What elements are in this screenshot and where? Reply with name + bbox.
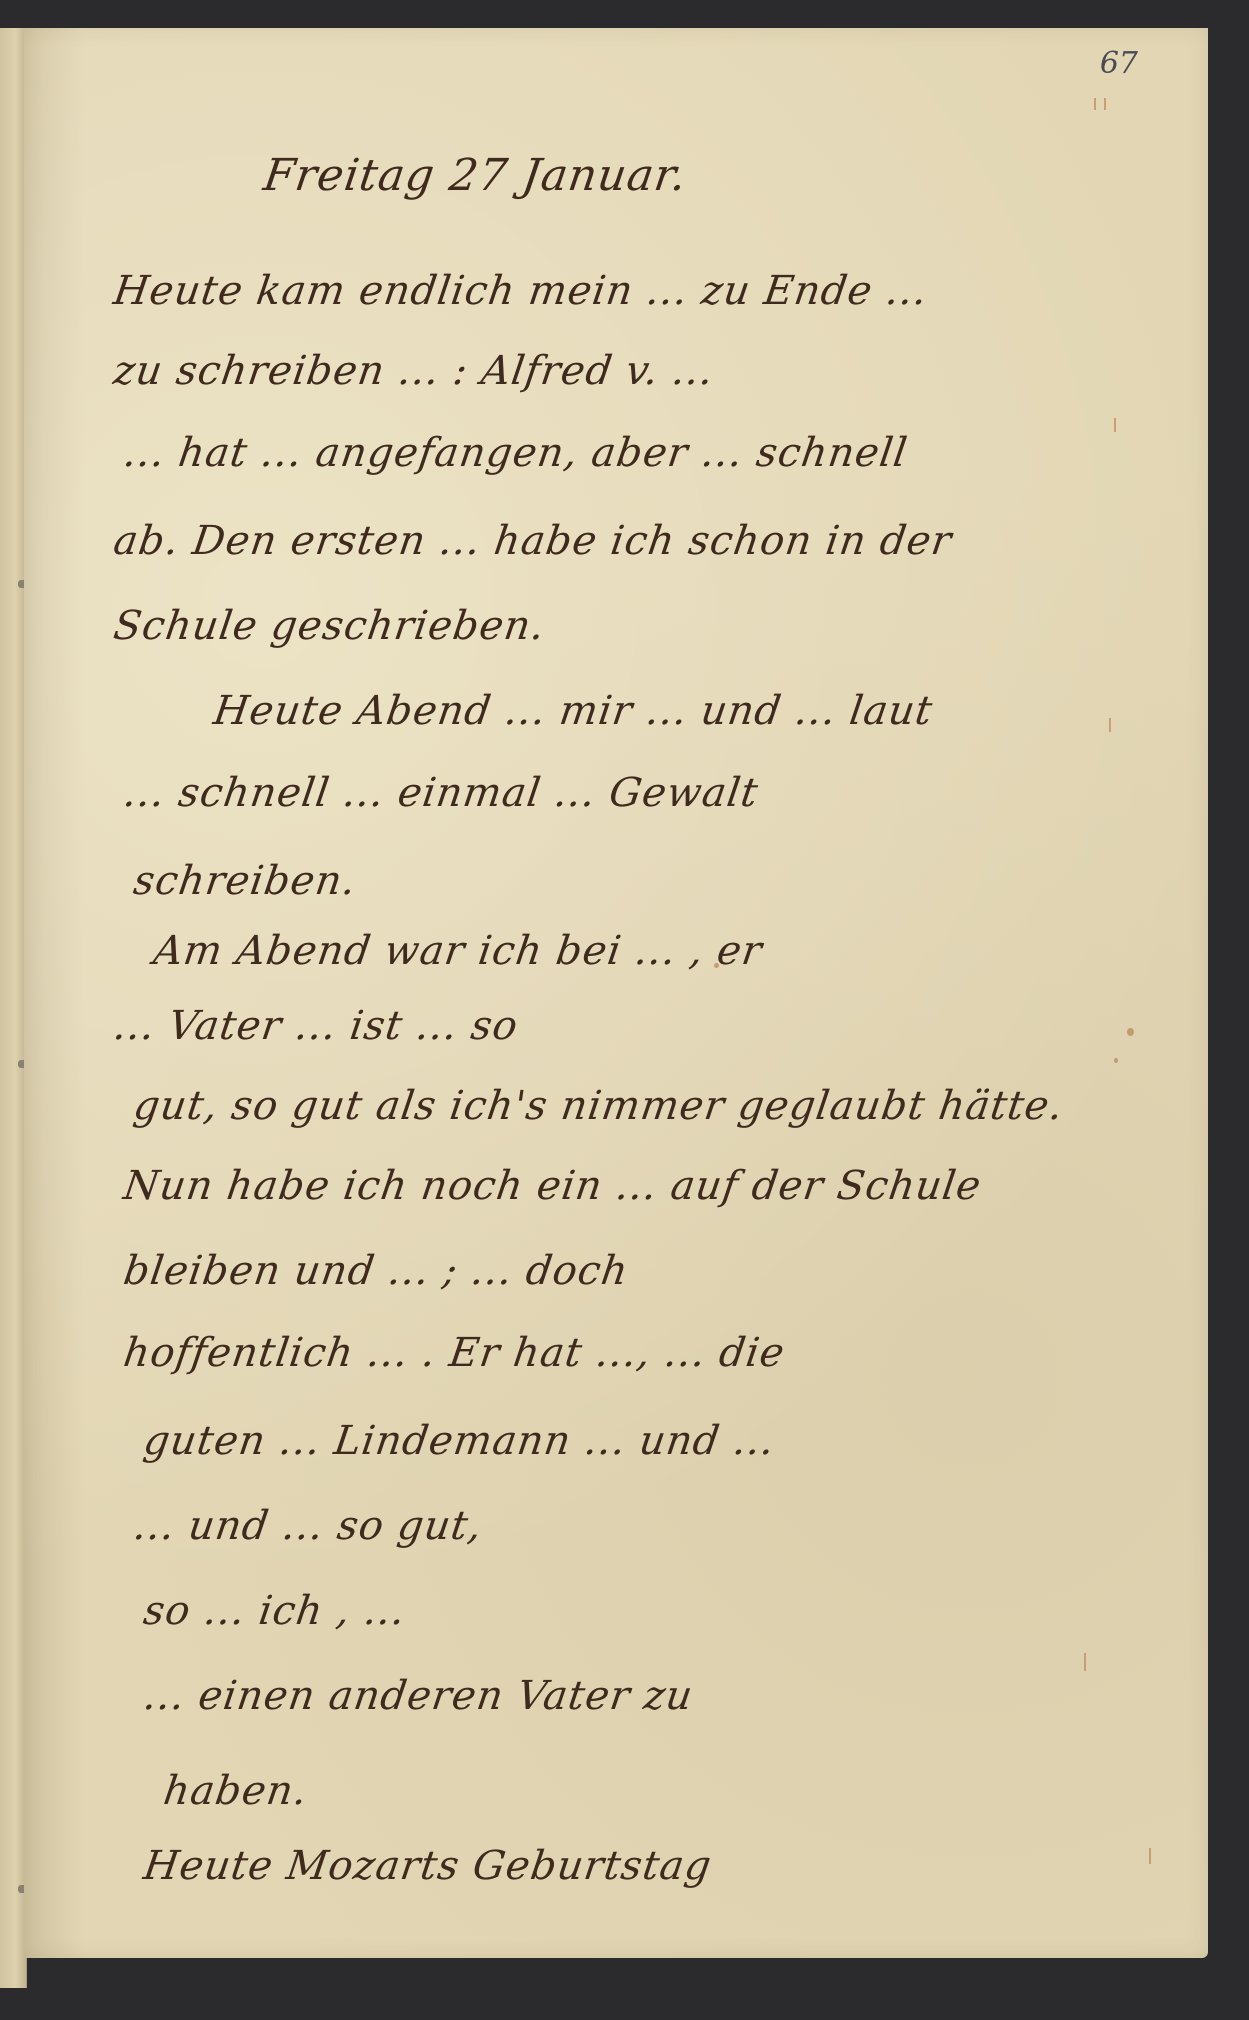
- manuscript-scan: 67 Freitag 27 Januar. Heute kam endlich …: [0, 0, 1249, 2020]
- paper-mark: [1109, 718, 1111, 732]
- previous-page-edge: [0, 28, 27, 1988]
- text-line: hoffentlich ... . Er hat ..., ... die: [121, 1330, 788, 1376]
- text-line: so ... ich , ...: [141, 1588, 409, 1634]
- text-line: Nun habe ich noch ein ... auf der Schule: [121, 1163, 985, 1209]
- text-line: ... hat ... angefangen, aber ... schnell: [121, 430, 911, 476]
- text-line: zu schreiben ... : Alfred v. ...: [111, 348, 717, 394]
- paper-stain: [714, 963, 719, 968]
- paper-mark: [1114, 418, 1116, 432]
- text-line: haben.: [161, 1768, 311, 1814]
- text-line: Am Abend war ich bei ... , er: [151, 928, 766, 974]
- paper-stain: [1127, 1028, 1134, 1036]
- text-line: gut, so gut als ich's nimmer geglaubt hä…: [131, 1083, 1067, 1129]
- text-line: ... und ... so gut,: [131, 1503, 486, 1549]
- paper-stain: [1114, 1058, 1118, 1063]
- text-line: Heute Abend ... mir ... und ... laut: [211, 688, 936, 734]
- text-line: ab. Den ersten ... habe ich schon in der: [111, 518, 955, 564]
- text-line: ... Vater ... ist ... so: [111, 1003, 521, 1049]
- paper-mark: [1149, 1848, 1151, 1864]
- text-line: ... schnell ... einmal ... Gewalt: [121, 770, 762, 816]
- page-number: 67: [1100, 46, 1138, 81]
- paper-mark: [1104, 98, 1106, 110]
- paper-mark: [1084, 1653, 1086, 1671]
- text-line: Schule geschrieben.: [111, 603, 548, 649]
- text-line: schreiben.: [131, 858, 359, 904]
- text-line: guten ... Lindemann ... und ...: [141, 1418, 778, 1464]
- paper-mark: [1094, 98, 1096, 110]
- manuscript-page: 67 Freitag 27 Januar. Heute kam endlich …: [24, 28, 1208, 1958]
- text-line: bleiben und ... ; ... doch: [121, 1248, 632, 1294]
- text-line: Heute kam endlich mein ... zu Ende ...: [111, 268, 931, 314]
- text-line: Heute Mozarts Geburtstag: [141, 1843, 715, 1889]
- text-line: ... einen anderen Vater zu: [141, 1673, 696, 1719]
- entry-heading: Freitag 27 Januar.: [260, 150, 690, 201]
